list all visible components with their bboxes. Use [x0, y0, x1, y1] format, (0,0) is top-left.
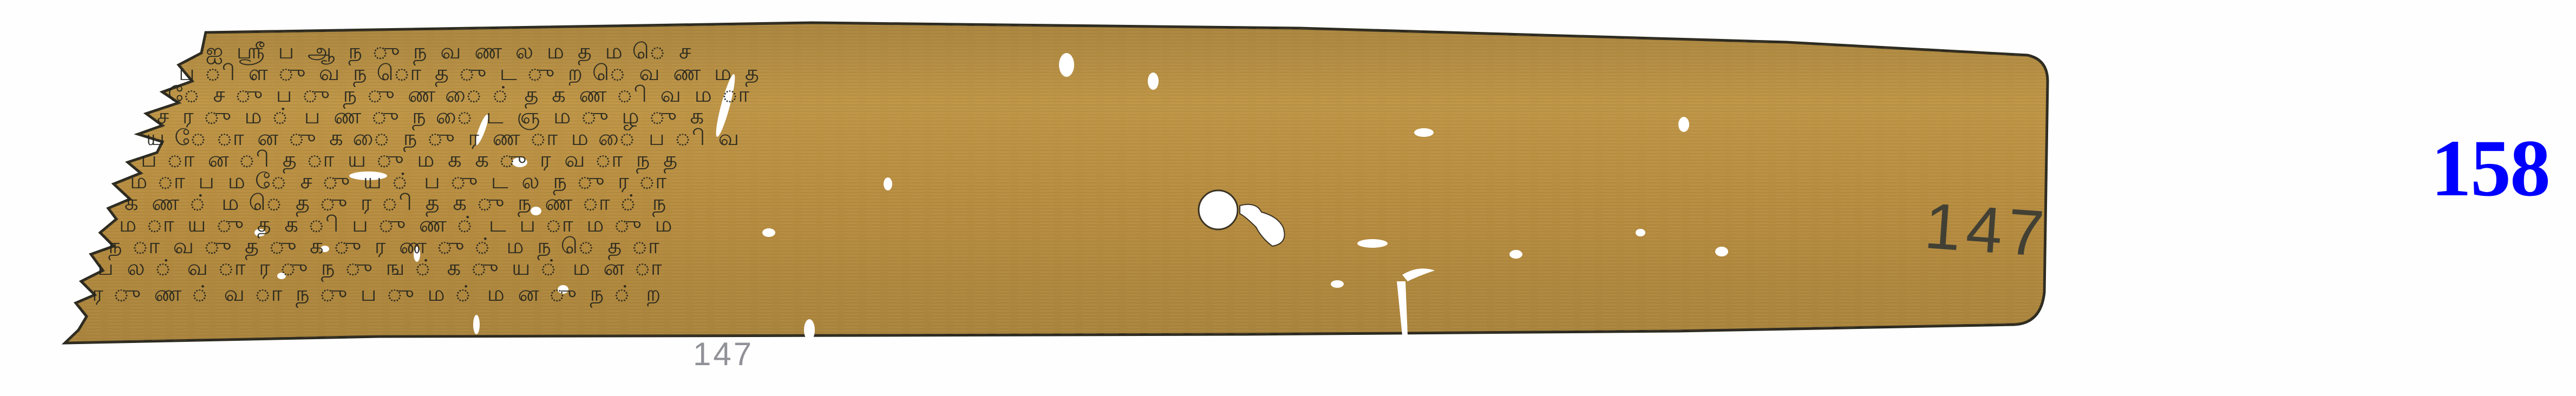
folio-number-faint: 147 — [693, 338, 754, 371]
script-line: ப ல ் வ ா ர ு ந ு ங ் க ு ய ் ம ன ா — [97, 255, 665, 283]
script-line: ர ு ண ் வ ா ந ு ப ு ம ் ம ன ு ந ் ற — [92, 281, 664, 309]
page-number: 158 — [2431, 128, 2549, 209]
manuscript-scan: ஐ ஸ்ரீ ப ஆ ந ு ந வ ண ல ம த ம ெ ச ப ி ள ு… — [0, 0, 2576, 396]
folio-number: 147 — [1923, 193, 2051, 267]
